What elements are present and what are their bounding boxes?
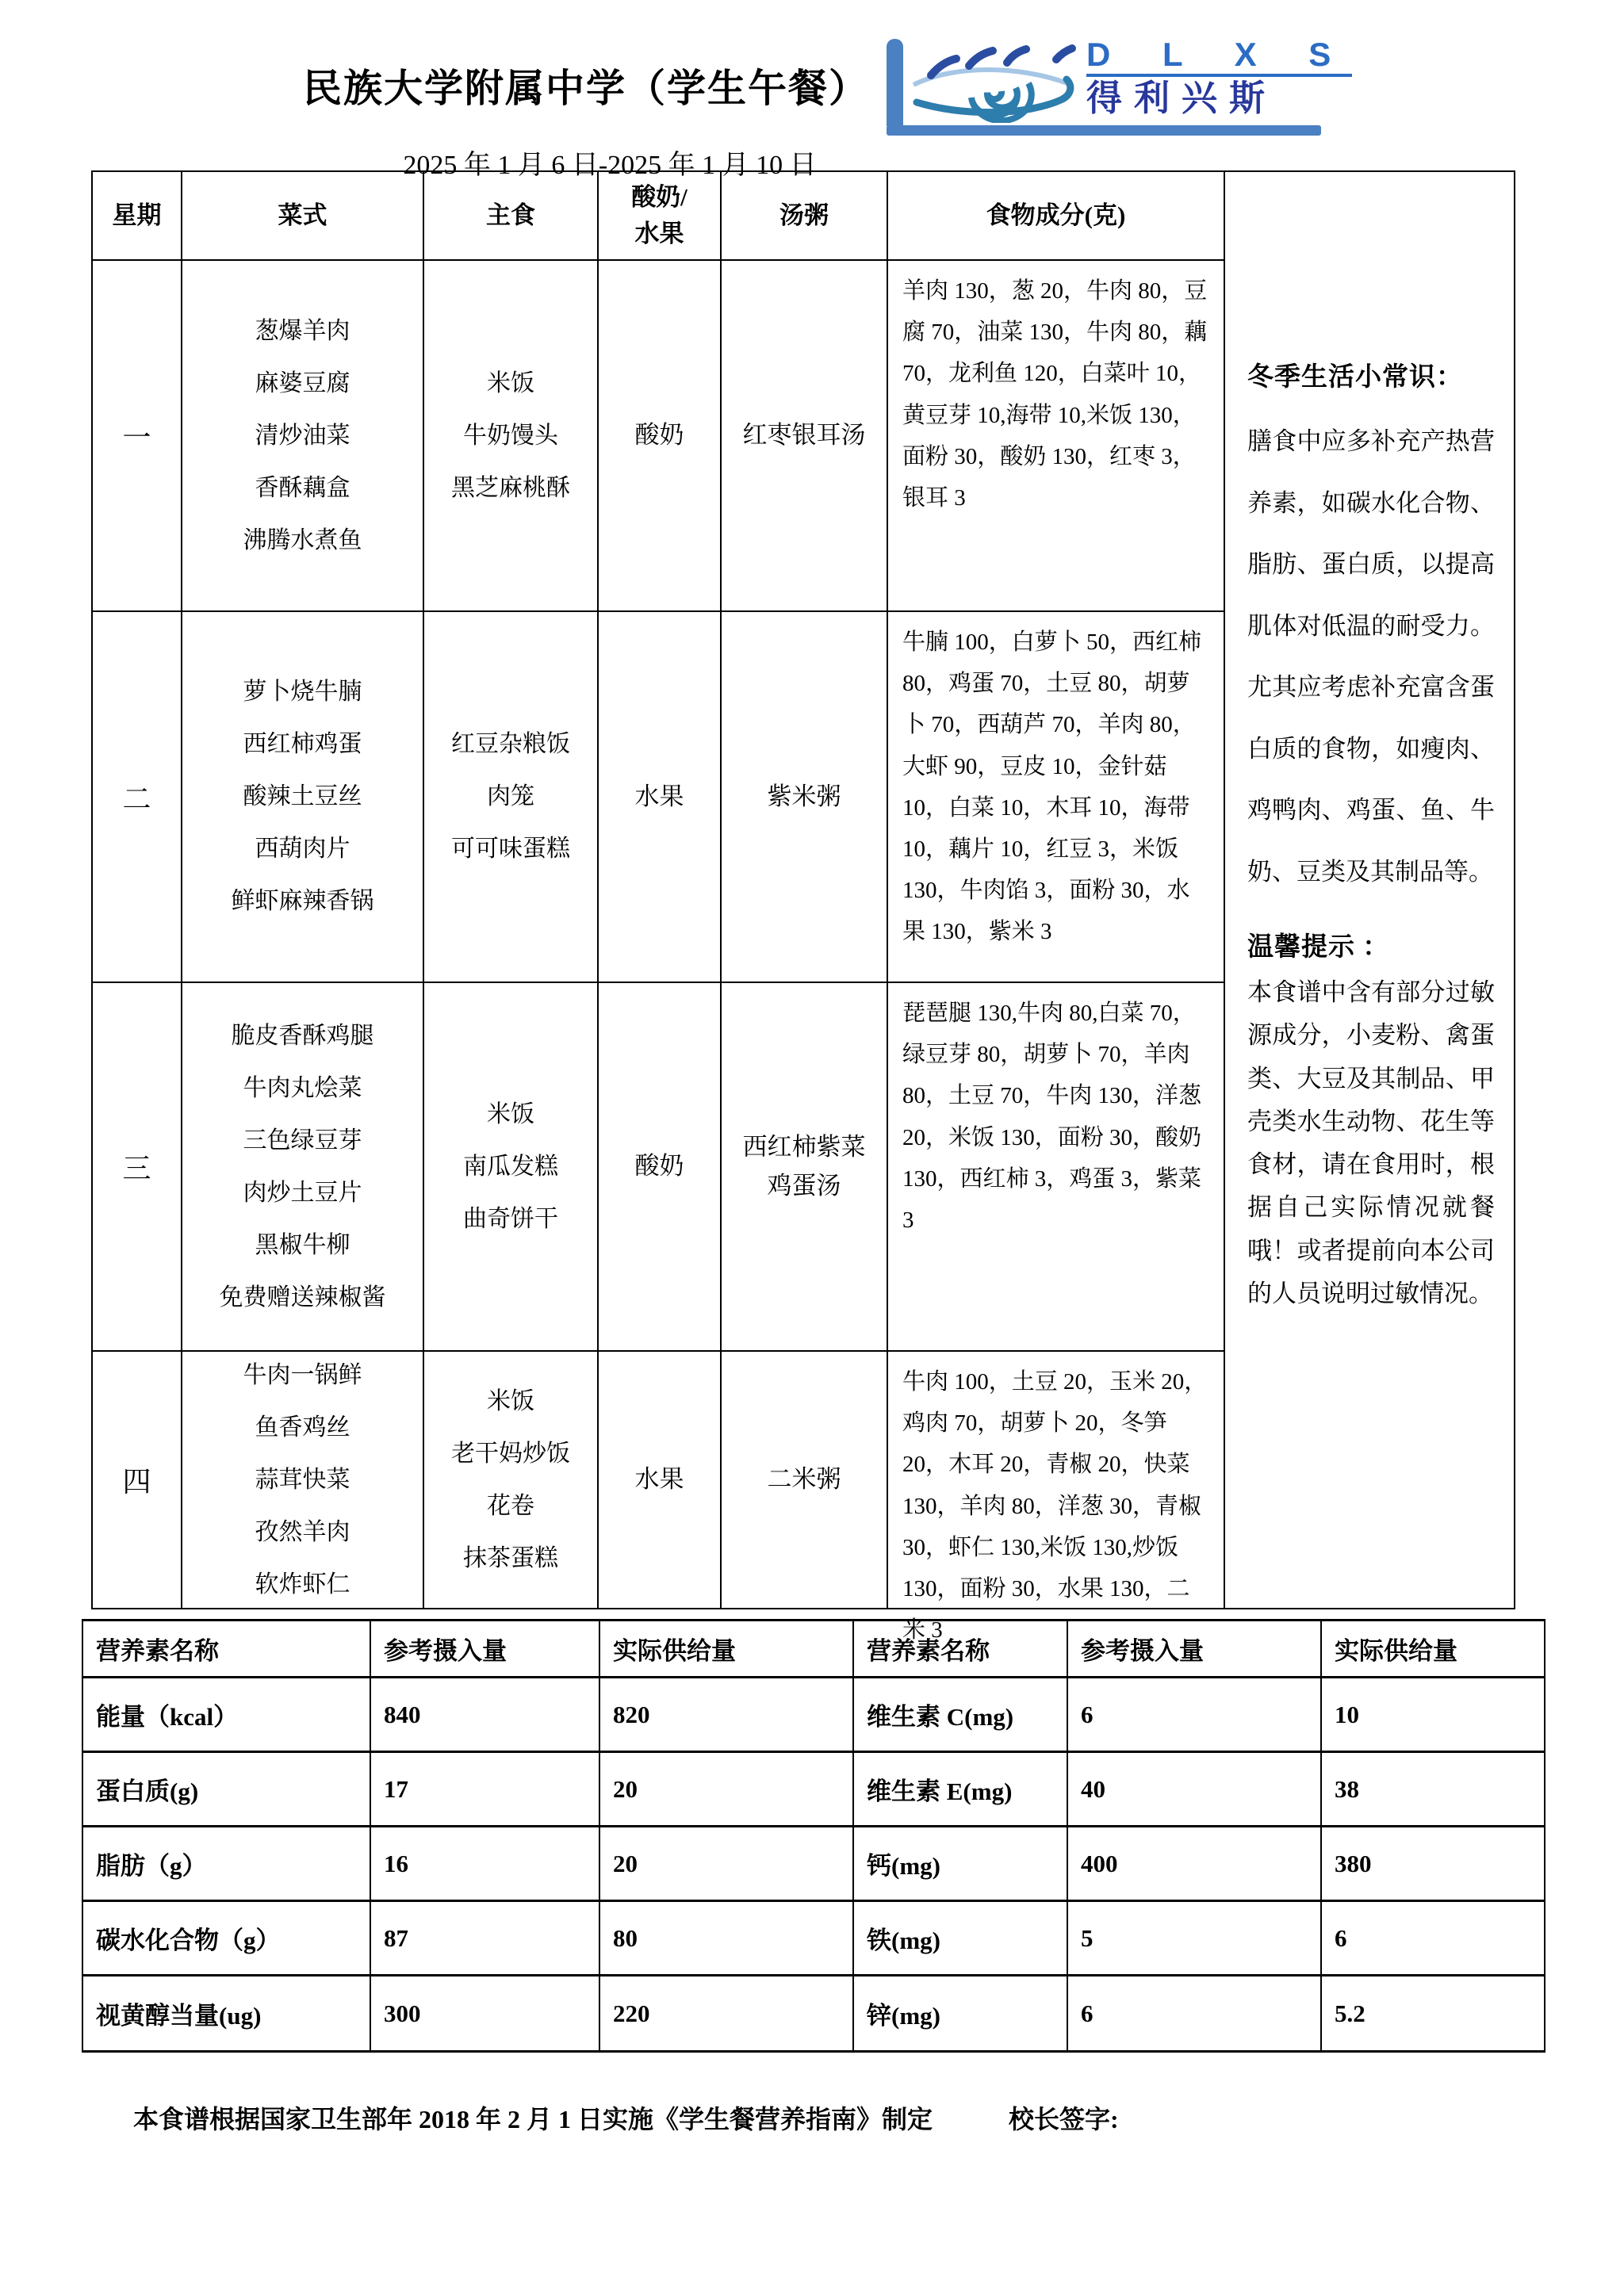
soup-cell: 红枣银耳汤 [722, 261, 888, 612]
reference-value: 16 [371, 1827, 600, 1902]
logo-text-block: D L X S 得利兴斯 [1086, 37, 1321, 120]
column-header-staple: 主食 [424, 172, 599, 261]
reference-intake-header: 参考摄入量 [1068, 1621, 1322, 1678]
reference-value: 6 [1068, 1678, 1322, 1753]
logo-bracket-horizontal-bar [887, 125, 1321, 136]
staples-cell: 米饭 牛奶馒头 黑芝麻桃酥 [424, 261, 599, 612]
dishes-cell: 葱爆羊肉 麻婆豆腐 清炒油菜 香酥藕盒 沸腾水煮鱼 [182, 261, 424, 612]
staples-cell: 米饭 南瓜发糕 曲奇饼干 [424, 983, 599, 1352]
day-cell: 三 [93, 983, 182, 1352]
actual-value: 6 [1322, 1902, 1545, 1976]
nutrient-name: 脂肪（g） [83, 1827, 371, 1902]
principal-signature-label: 校长签字: [1009, 2099, 1119, 2136]
nutrient-name: 铁(mg) [854, 1902, 1068, 1976]
lunch-menu-document: 民族大学附属中学（学生午餐） D L X S 得利兴斯 2025 年 [0, 0, 1624, 2296]
actual-value: 20 [600, 1753, 854, 1827]
nutrient-name: 锌(mg) [854, 1976, 1068, 2053]
menu-table: 星期 菜式 主食 酸奶/ 水果 汤粥 食物成分(克) 冬季生活小常识： 膳食中应… [91, 170, 1515, 1609]
company-logo: D L X S 得利兴斯 [887, 36, 1321, 136]
actual-value: 20 [600, 1827, 854, 1902]
day-cell: 四 [93, 1352, 182, 1609]
ingredients-cell: 牛腩 100，白萝卜 50，西红柿 80，鸡蛋 70，土豆 80，胡萝卜 70，… [888, 612, 1225, 983]
yogurt-fruit-cell: 水果 [599, 612, 722, 983]
nutrient-name: 碳水化合物（g） [83, 1902, 371, 1976]
staples-cell: 红豆杂粮饭 肉笼 可可味蛋糕 [424, 612, 599, 983]
footer-note: 本食谱根据国家卫生部年 2018 年 2 月 1 日实施《学生餐营养指南》制定 [133, 2105, 933, 2133]
actual-value: 10 [1322, 1678, 1545, 1753]
ingredients-cell: 琵琶腿 130,牛肉 80,白菜 70，绿豆芽 80，胡萝卜 70，羊肉 80，… [888, 983, 1225, 1352]
nutrient-name: 维生素 C(mg) [854, 1678, 1068, 1753]
column-header-yogurt-fruit: 酸奶/ 水果 [599, 172, 722, 261]
nutrient-name: 蛋白质(g) [83, 1753, 371, 1827]
nutrient-name: 视黄醇当量(ug) [83, 1976, 371, 2053]
column-header-ingredients: 食物成分(克) [888, 172, 1225, 261]
soup-cell: 紫米粥 [722, 612, 888, 983]
allergy-notice-title: 温馨提示 ： [1247, 926, 1495, 963]
actual-value: 820 [600, 1678, 854, 1753]
reference-value: 17 [371, 1753, 600, 1827]
day-cell: 二 [93, 612, 182, 983]
winter-tips-title: 冬季生活小常识： [1247, 356, 1495, 393]
actual-value: 5.2 [1322, 1976, 1545, 2053]
reference-value: 5 [1068, 1902, 1322, 1976]
dishes-cell: 萝卜烧牛腩 西红柿鸡蛋 酸辣土豆丝 西葫肉片 鲜虾麻辣香锅 [182, 612, 424, 983]
reference-intake-header: 参考摄入量 [371, 1621, 600, 1678]
actual-supply-header: 实际供给量 [1322, 1621, 1545, 1678]
column-header-weekday: 星期 [93, 172, 182, 261]
reference-value: 87 [371, 1902, 600, 1976]
actual-value: 38 [1322, 1753, 1545, 1827]
logo-company-name: 得利兴斯 [1086, 78, 1277, 120]
sidebar-tips-cell: 冬季生活小常识： 膳食中应多补充产热营养素，如碳水化合物、脂肪、蛋白质，以提高肌… [1225, 172, 1515, 1609]
nutrient-name: 钙(mg) [854, 1827, 1068, 1902]
dishes-cell: 牛肉一锅鲜 鱼香鸡丝 蒜茸快菜 孜然羊肉 软炸虾仁 [182, 1352, 424, 1609]
winter-tips-body: 膳食中应多补充产热营养素，如碳水化合物、脂肪、蛋白质，以提高肌体对低温的耐受力。… [1247, 411, 1495, 902]
page-title: 民族大学附属中学（学生午餐） [303, 58, 869, 113]
allergy-notice-body: 本食谱中含有部分过敏源成分，小麦粉、禽蛋类、大豆及其制品、甲壳类水生动物、花生等… [1247, 971, 1495, 1315]
dishes-cell: 脆皮香酥鸡腿 牛肉丸烩菜 三色绿豆芽 肉炒土豆片 黑椒牛柳 免费赠送辣椒酱 [182, 983, 424, 1352]
actual-value: 220 [600, 1976, 854, 2053]
actual-value: 80 [600, 1902, 854, 1976]
ingredients-cell: 牛肉 100，土豆 20，玉米 20，鸡肉 70，胡萝卜 20，冬笋 20，木耳… [888, 1352, 1225, 1609]
logo-acronym: D L X S [1086, 37, 1352, 77]
reference-value: 840 [371, 1678, 600, 1753]
footer-note-line: 本食谱根据国家卫生部年 2018 年 2 月 1 日实施《学生餐营养指南》制定 … [133, 2099, 1119, 2136]
nutrient-name: 维生素 E(mg) [854, 1753, 1068, 1827]
actual-value: 380 [1322, 1827, 1545, 1902]
reference-value: 40 [1068, 1753, 1322, 1827]
document-header: 民族大学附属中学（学生午餐） D L X S 得利兴斯 [0, 33, 1624, 138]
eye-swirl-icon [907, 42, 1080, 123]
nutrient-name: 能量（kcal） [83, 1678, 371, 1753]
yogurt-fruit-cell: 酸奶 [599, 983, 722, 1352]
yogurt-fruit-cell: 酸奶 [599, 261, 722, 612]
day-cell: 一 [93, 261, 182, 612]
nutrient-header: 营养素名称 [854, 1621, 1068, 1678]
column-header-soup: 汤粥 [722, 172, 888, 261]
reference-value: 300 [371, 1976, 600, 2053]
reference-value: 400 [1068, 1827, 1322, 1902]
soup-cell: 二米粥 [722, 1352, 888, 1609]
yogurt-fruit-cell: 水果 [599, 1352, 722, 1609]
ingredients-cell: 羊肉 130，葱 20，牛肉 80，豆腐 70，油菜 130，牛肉 80，藕 7… [888, 261, 1225, 612]
nutrient-header: 营养素名称 [83, 1621, 371, 1678]
actual-supply-header: 实际供给量 [600, 1621, 854, 1678]
logo-bracket-vertical-bar [887, 39, 903, 126]
nutrition-table: 营养素名称 参考摄入量 实际供给量 营养素名称 参考摄入量 实际供给量 能量（k… [82, 1619, 1545, 2053]
column-header-dishes: 菜式 [182, 172, 424, 261]
soup-cell: 西红柿紫菜鸡蛋汤 [722, 983, 888, 1352]
staples-cell: 米饭 老干妈炒饭 花卷 抹茶蛋糕 [424, 1352, 599, 1609]
reference-value: 6 [1068, 1976, 1322, 2053]
